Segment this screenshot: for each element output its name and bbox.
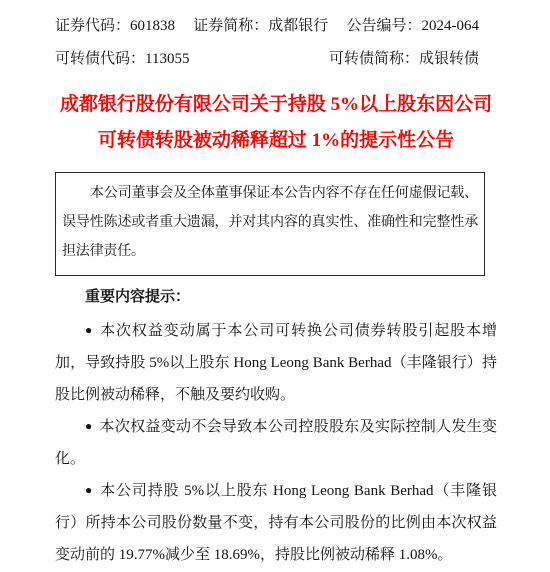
bullet-icon: ● [85,323,93,337]
header-row-1: 证券代码：601838 证券简称：成都银行 公告编号：2024-064 [55,14,479,38]
bullet-icon: ● [85,483,93,497]
notice-bullet-text: 本次权益变动属于本公司可转换公司债券转股引起股本增加，导致持股 5%以上股东 H… [55,323,497,403]
notice-bullet-text: 本次权益变动不会导致本公司控股股东及实际控制人发生变化。 [55,419,497,467]
security-abbr: 证券简称：成都银行 [193,14,328,38]
announcement-number: 公告编号：2024-064 [347,14,480,38]
bullet-icon: ● [85,419,93,433]
document-header: 证券代码：601838 证券简称：成都银行 公告编号：2024-064 可转债代… [55,14,497,71]
notice-bullet-equity-change: ●本次权益变动属于本公司可转换公司债券转股引起股本增加，导致持股 5%以上股东 … [55,315,497,411]
document-page: 证券代码：601838 证券简称：成都银行 公告编号：2024-064 可转债代… [0,0,550,572]
important-notice-heading: 重要内容提示： [55,286,497,308]
header-row-2: 可转债代码：113055 可转债简称：成银转债 [55,47,479,71]
board-statement-text: 本公司董事会及全体董事保证本公告内容不存在任何虚假记载、误导性陈述或者重大遗漏，… [62,179,478,266]
notice-bullet-text: 本公司持股 5%以上股东 Hong Leong Bank Berhad（丰隆银行… [55,483,497,563]
announcement-title-line-1: 成都银行股份有限公司关于持股 5%以上股东因公司 [55,87,497,123]
security-code: 证券代码：601838 [55,14,175,38]
notice-bullet-dilution-detail: ●本公司持股 5%以上股东 Hong Leong Bank Berhad（丰隆银… [55,475,497,571]
board-statement-box: 本公司董事会及全体董事保证本公告内容不存在任何虚假记载、误导性陈述或者重大遗漏，… [55,172,485,276]
announcement-title: 成都银行股份有限公司关于持股 5%以上股东因公司 可转债转股被动稀释超过 1%的… [55,87,497,159]
convertible-bond-abbr: 可转债简称：成银转债 [329,47,479,71]
convertible-bond-code: 可转债代码：113055 [55,47,189,71]
notice-bullet-controlling-shareholder: ●本次权益变动不会导致本公司控股股东及实际控制人发生变化。 [55,411,497,475]
announcement-title-line-2: 可转债转股被动稀释超过 1%的提示性公告 [55,123,497,159]
